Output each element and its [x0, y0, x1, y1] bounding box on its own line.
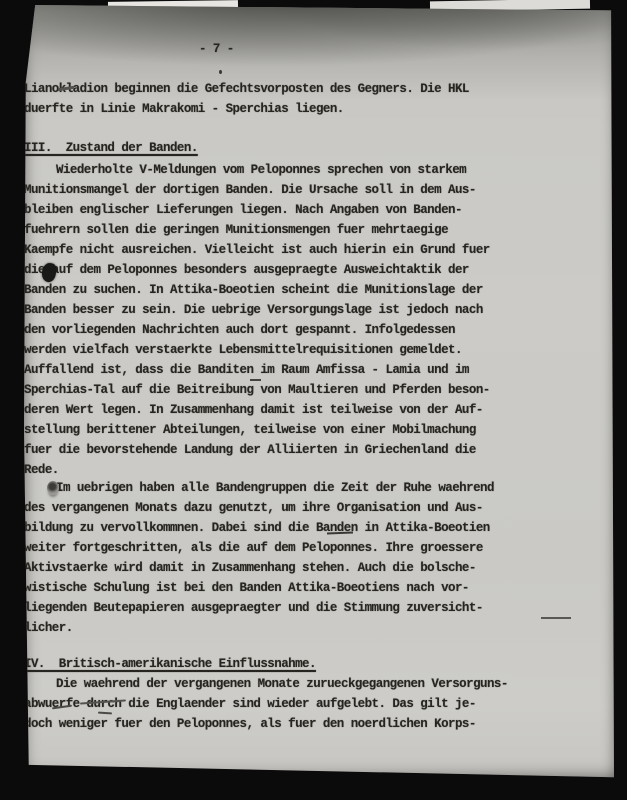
- text-line: fuehrern sollen die geringen Munitionsme…: [24, 220, 502, 240]
- text-line: Wiederholte V-Meldungen vom Peloponnes s…: [24, 160, 502, 180]
- text-line: fuer die bevorstehende Landung der Allii…: [24, 440, 502, 460]
- handwritten-underline: [541, 617, 571, 619]
- section-iii: III. Zustand der Banden.: [24, 138, 502, 158]
- text-line: wistische Schulung ist bei den Banden At…: [24, 578, 502, 598]
- text-line: doch weniger fuer den Peloponnes, als fu…: [24, 714, 502, 734]
- text-line: licher.: [24, 618, 502, 638]
- text-line: Die waehrend der vergangenen Monate zuru…: [24, 674, 502, 694]
- section-iii-paragraph-1: Wiederholte V-Meldungen vom Peloponnes s…: [24, 160, 502, 480]
- text-line: bleiben englischer Lieferungen liegen. N…: [24, 200, 502, 220]
- text-line: stellung berittener Abteilungen, teilwei…: [24, 420, 502, 440]
- text-line: Sperchias-Tal auf die Beitreibung von Ma…: [24, 380, 502, 400]
- scanned-document-viewport: { "document": { "page_number": "- 7 -", …: [0, 0, 627, 800]
- text-line: Munitionsmangel der dortigen Banden. Die…: [24, 180, 502, 200]
- section-iii-paragraph-2: Im uebrigen haben alle Bandengruppen die…: [24, 478, 502, 638]
- text-line: des vergangenen Monats dazu genutzt, um …: [24, 498, 502, 518]
- section-iv-paragraph-1: Die waehrend der vergangenen Monate zuru…: [24, 674, 502, 734]
- text-line: Lianokladion beginnen die Gefechtsvorpos…: [24, 79, 502, 99]
- text-line: abwuerfe durch die Englaender sind wiede…: [24, 694, 502, 714]
- ink-speck: [219, 70, 222, 74]
- text-line: duerfte in Linie Makrakomi - Sperchias l…: [24, 99, 502, 119]
- section-iv: IV. Britisch-amerikanische Einflussnahme…: [24, 654, 502, 674]
- section-heading-iv: IV. Britisch-amerikanische Einflussnahme…: [24, 657, 316, 671]
- text-line: Aktivstaerke wird damit in Zusammenhang …: [24, 558, 502, 578]
- page-number: - 7 -: [199, 39, 627, 59]
- text-line: liegenden Beutepapieren ausgepraegter un…: [24, 598, 502, 618]
- text-line: deren Wert legen. In Zusammenhang damit …: [24, 400, 502, 420]
- text-line: Kaempfe nicht ausreichen. Vielleicht ist…: [24, 240, 502, 260]
- text-line: Banden zu suchen. In Attika-Boeotien sch…: [24, 280, 502, 300]
- text-line: weiter fortgeschritten, als die auf dem …: [24, 538, 502, 558]
- scanned-page: - 7 - Lianokladion beginnen die Gefechts…: [24, 5, 614, 778]
- text-line: den vorliegenden Nachrichten auch dort g…: [24, 320, 502, 340]
- text-line: Im uebrigen haben alle Bandengruppen die…: [24, 478, 502, 498]
- text-line: Banden besser zu sein. Die uebrige Verso…: [24, 300, 502, 320]
- text-line: Rede.: [24, 460, 502, 480]
- text-line: Auffallend ist, dass die Banditen im Rau…: [24, 360, 502, 380]
- intro-paragraph: Lianokladion beginnen die Gefechtsvorpos…: [24, 79, 502, 119]
- text-line: werden vielfach verstaerkte Lebensmittel…: [24, 340, 502, 360]
- text-line: die auf dem Peloponnes besonders ausgepr…: [24, 260, 502, 280]
- section-heading-iii: III. Zustand der Banden.: [24, 141, 198, 155]
- text-line: bildung zu vervollkommnen. Dabei sind di…: [24, 518, 502, 538]
